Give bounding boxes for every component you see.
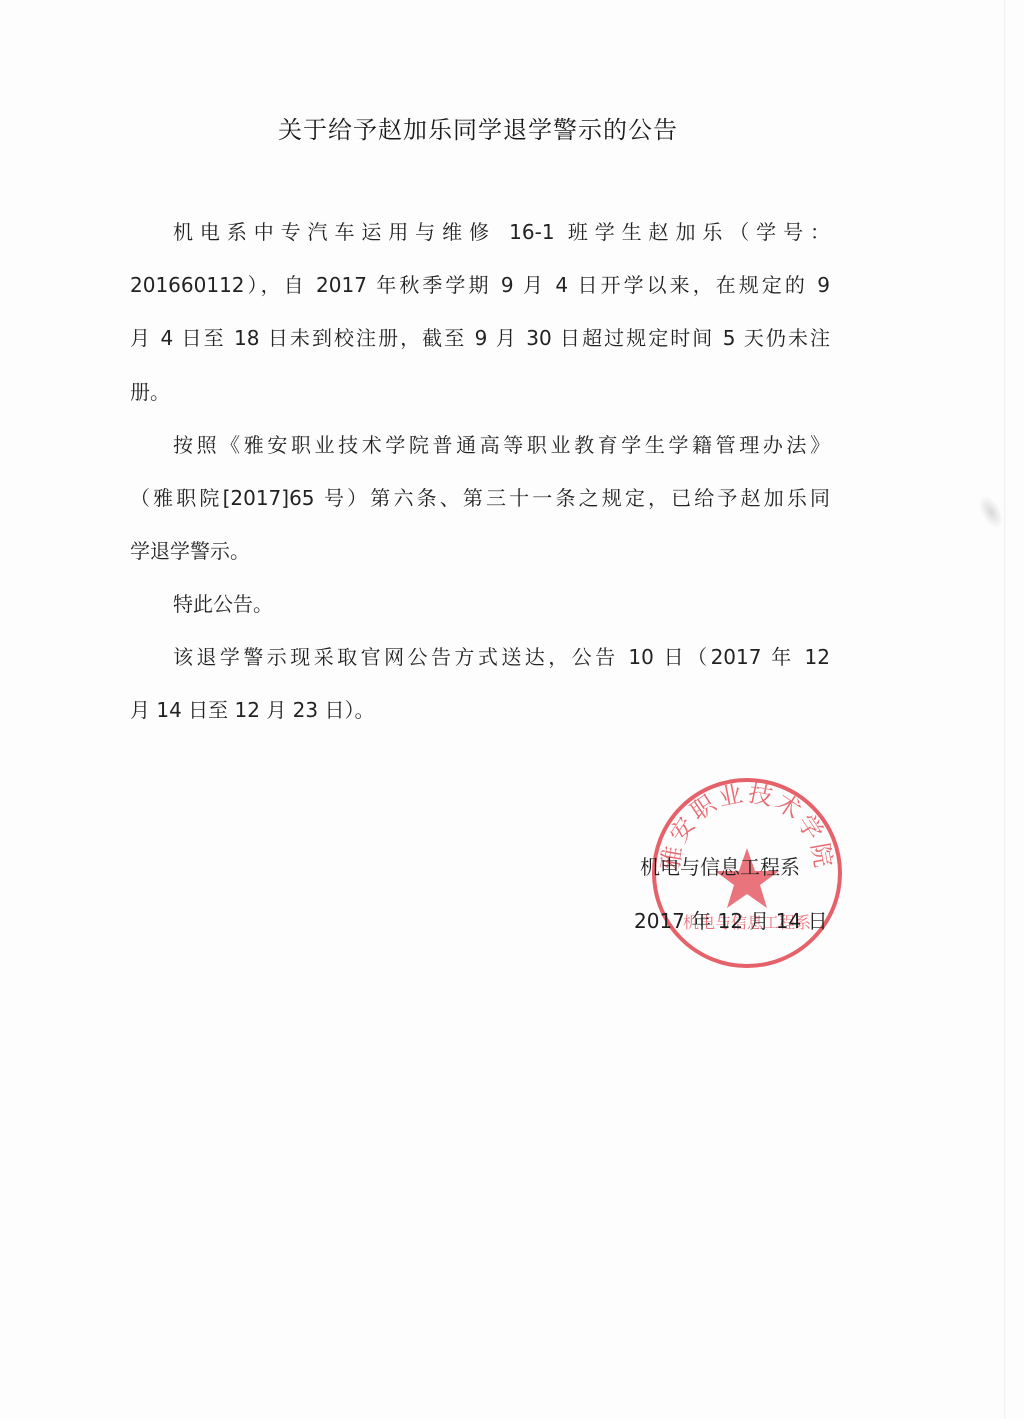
body-line: 学退学警示。 (130, 538, 830, 564)
body-line: 特此公告。 (173, 591, 830, 617)
body-line: 月 14 日至 12 月 23 日）。 (130, 697, 830, 723)
body-line: 机电系中专汽车运用与维修 16-1 班学生赵加乐（学号： (173, 219, 830, 245)
body-line: 该退学警示现采取官网公告方式送达，公告 10 日（2017 年 12 (173, 644, 830, 670)
document-title: 关于给予赵加乐同学退学警示的公告 (0, 110, 956, 145)
body-line: 册。 (130, 379, 830, 405)
body-line: 201660112），自 2017 年秋季学期 9 月 4 日开学以来，在规定的… (130, 272, 830, 298)
signature-date: 2017 年 12 月 14 日 (634, 905, 828, 934)
scan-smudge (975, 493, 1008, 531)
signature-department: 机电与信息工程系 (640, 851, 800, 880)
body-line: 月 4 日至 18 日未到校注册，截至 9 月 30 日超过规定时间 5 天仍未… (130, 325, 830, 351)
body-line: （雅职院[2017]65 号）第六条、第三十一条之规定，已给予赵加乐同 (130, 485, 830, 511)
page-edge (1004, 0, 1006, 1419)
body-line: 按照《雅安职业技术学院普通高等职业教育学生学籍管理办法》 (173, 432, 830, 458)
